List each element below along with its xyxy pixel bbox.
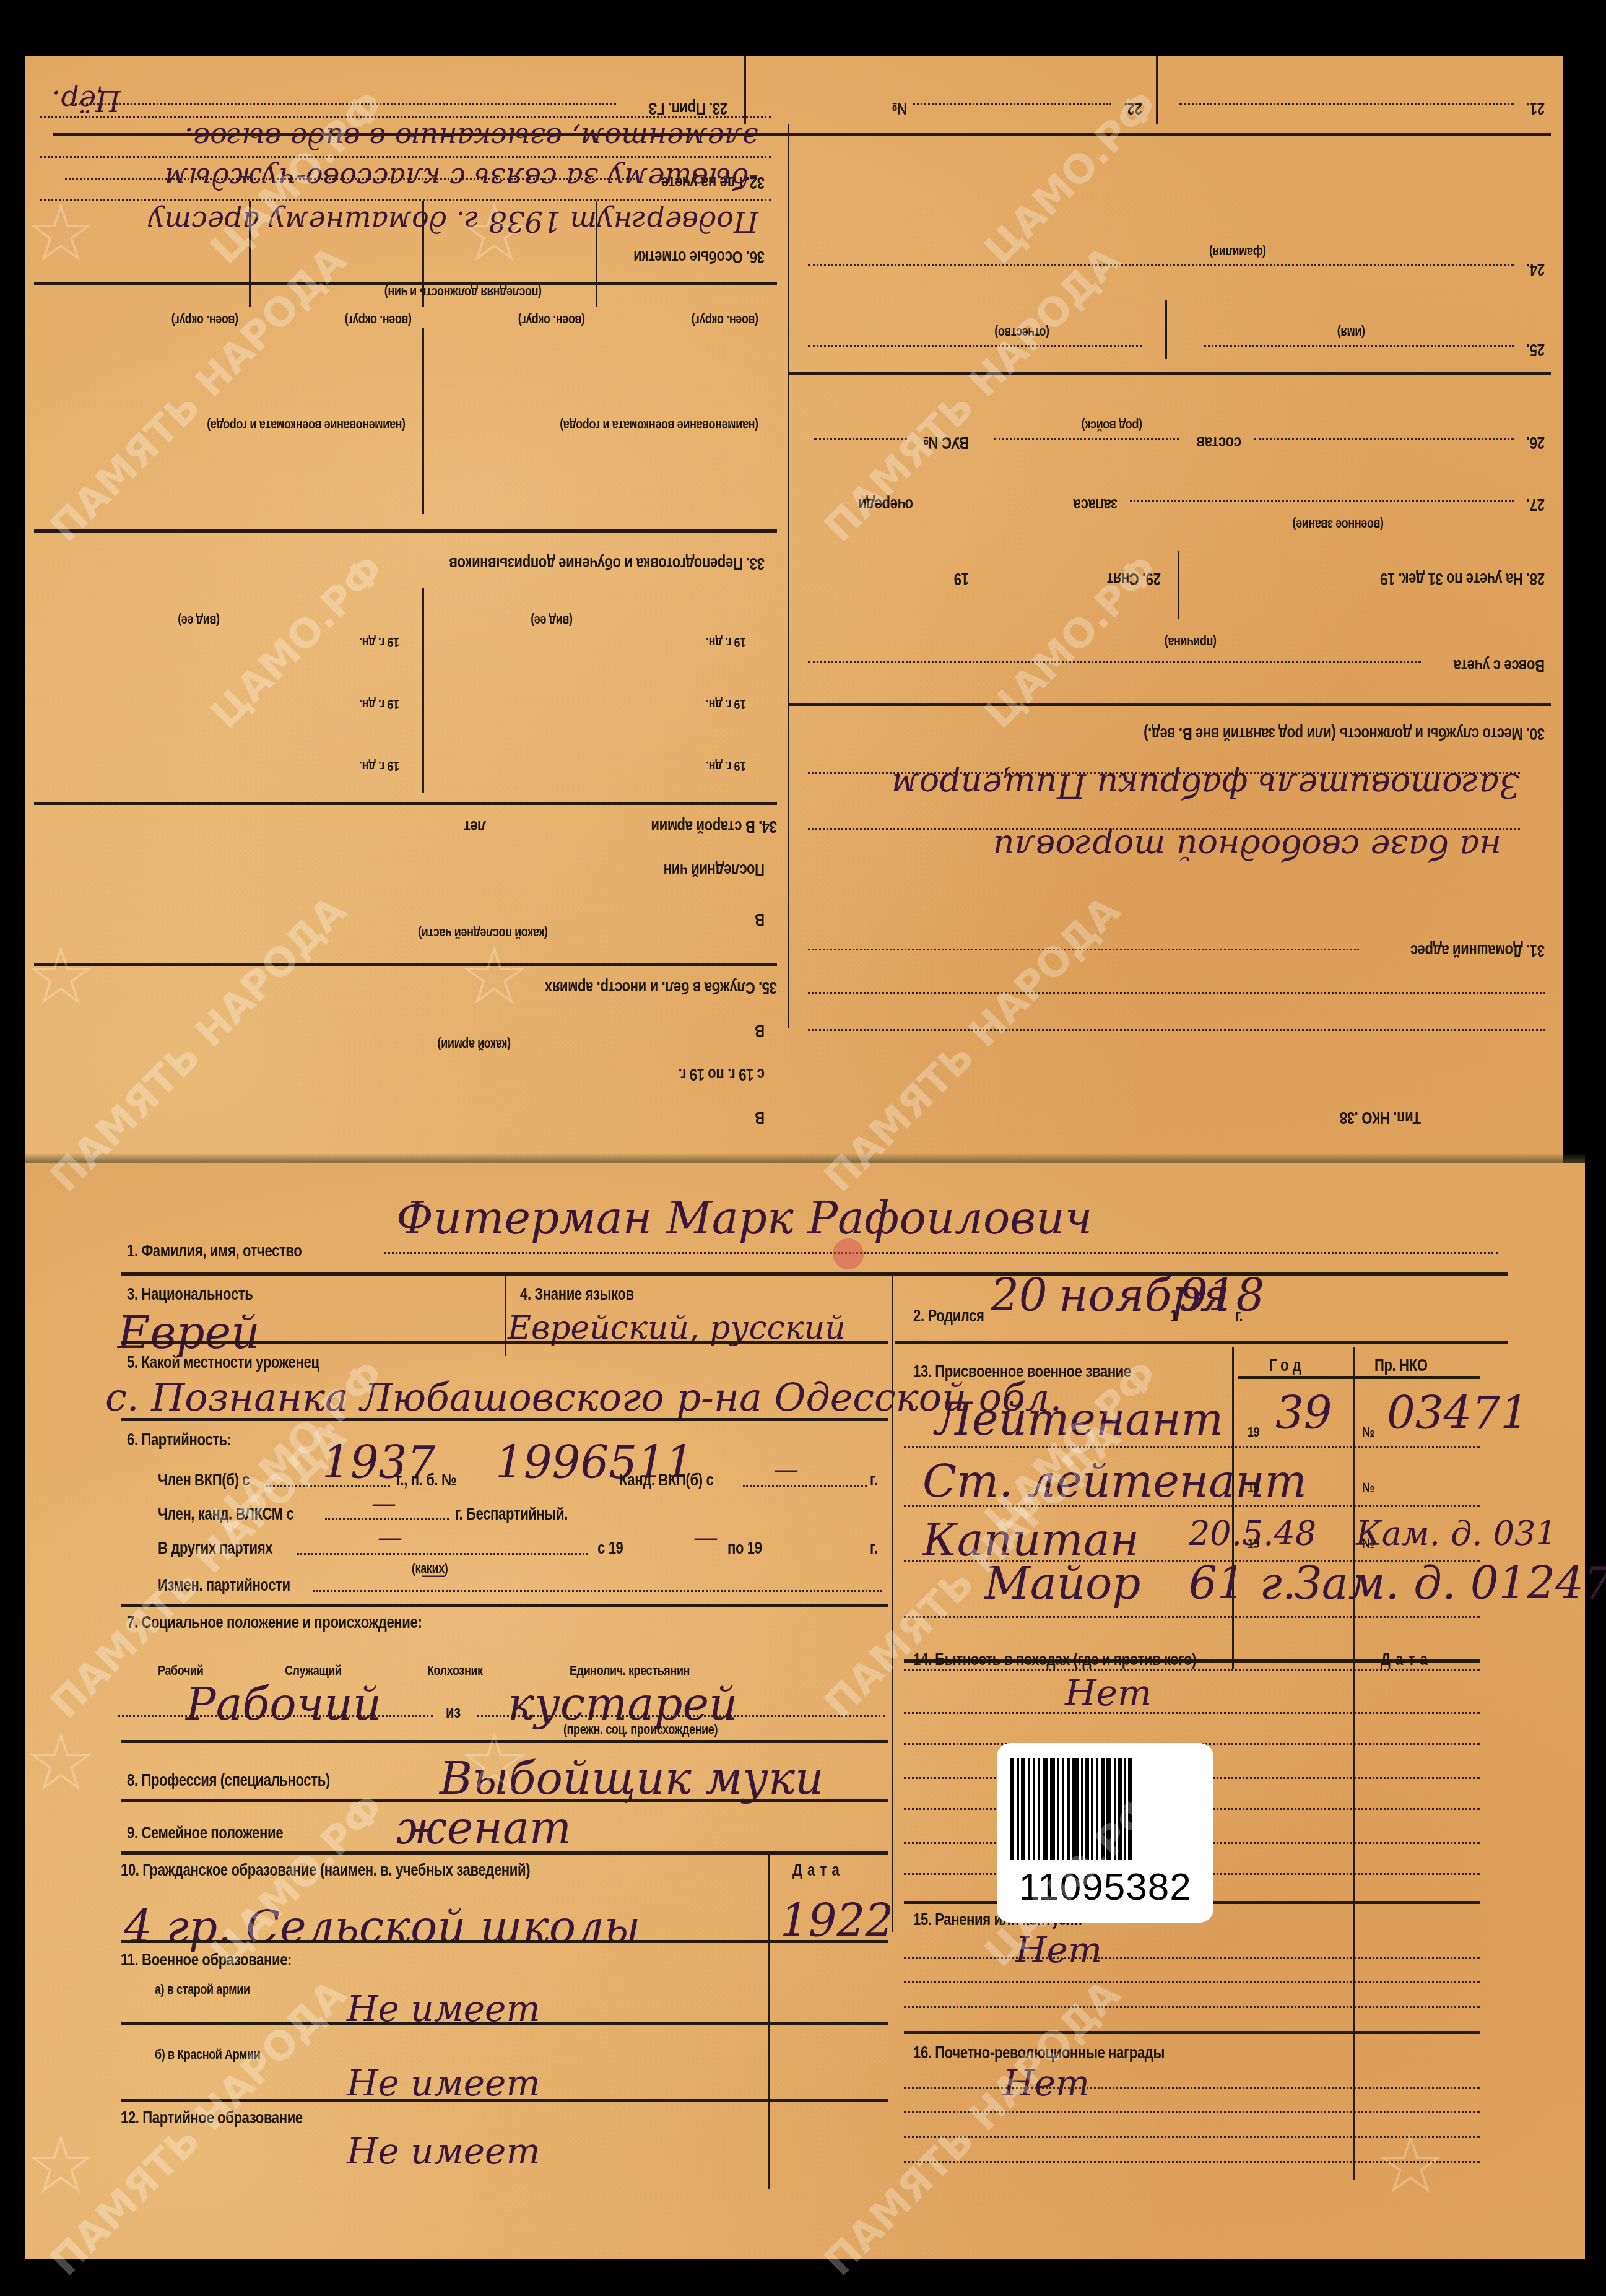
rule — [121, 1851, 888, 1855]
field-7-opt-collective: Колхозник — [427, 1663, 483, 1679]
field-6-vlksm-line — [325, 1518, 449, 1520]
field-2-day: 20 — [991, 1269, 1048, 1321]
field-6-cand-label: Канд. ВКП(б) с — [619, 1471, 713, 1490]
field-1-value: Фитерман Марк Рафоилович — [396, 1192, 1092, 1244]
line — [904, 1712, 1480, 1714]
rank-row-1-year: 39 — [1275, 1387, 1332, 1439]
field-13-label: 13. Присвоенное военное звание — [913, 1362, 1131, 1381]
field-7-value: Рабочий — [186, 1678, 381, 1730]
field-6-vlksm-suffix: г. Беспартийный. — [455, 1505, 568, 1524]
barcode-number: 11095382 — [1010, 1865, 1200, 1909]
rank-row-1-order: 03471 — [1387, 1387, 1529, 1439]
field-13-order-header: Пр. НКО — [1374, 1356, 1428, 1375]
field-6-vlksm-value: — — [371, 1489, 396, 1518]
field-2-suffix: г. — [1235, 1307, 1243, 1326]
field-4-label: 4. Знание языков — [520, 1285, 634, 1304]
field-2-year-prefix: 1 — [1170, 1307, 1178, 1326]
field-6-to-suffix: г. — [870, 1539, 877, 1558]
field-11b-label: б) в Красной Армии — [155, 2046, 260, 2063]
field-2-label: 2. Родился — [913, 1307, 984, 1326]
field-1-line — [384, 1252, 1498, 1254]
field-6-cand-line — [743, 1485, 867, 1487]
rank-row-3-year: 20.5.48 — [1189, 1514, 1316, 1553]
divider — [505, 1276, 506, 1356]
divider — [1353, 1647, 1355, 2180]
field-6-cand-value: — — [774, 1455, 799, 1484]
field-7-origin-hint: (прежн. соц. происхождение) — [563, 1721, 718, 1737]
field-11a-label: а) в старой армии — [155, 1981, 250, 1998]
field-7-iz: из — [446, 1703, 461, 1722]
rank-row-4-order: Зам. д. 01247 — [1294, 1557, 1606, 1609]
field-6-member-label: Член ВКП(б) с — [158, 1471, 250, 1490]
field-3-value: Еврей — [118, 1307, 260, 1359]
line — [904, 2161, 1480, 2163]
field-16-value: Нет — [1003, 2062, 1090, 2104]
field-8-value: Выбойщик муки — [440, 1752, 823, 1804]
line — [904, 2087, 1480, 2089]
rule — [121, 1272, 1508, 1276]
field-10-value: 4 гр. Сельской школы — [124, 1901, 641, 1953]
divider — [1353, 1347, 1355, 1669]
field-7-opt-peasant: Единолич. крестьянин — [570, 1663, 690, 1679]
field-11-label: 11. Военное образование: — [121, 1950, 292, 1970]
field-16-label: 16. Почетно-революционные награды — [913, 2043, 1165, 2063]
field-14-label: 14. Бытность в походах (где и против ког… — [913, 1650, 1196, 1669]
field-6-card-label: г., п. б. № — [396, 1471, 456, 1490]
rank-row-2-no: № — [1362, 1480, 1374, 1496]
rule — [121, 1604, 888, 1607]
field-1-label: 1. Фамилия, имя, отчество — [127, 1241, 302, 1261]
rank-row-1-prefix: 19 — [1248, 1424, 1259, 1440]
field-10-date-label: Дата — [792, 1861, 844, 1880]
field-6-other-value: — — [378, 1523, 402, 1552]
rule — [1238, 1376, 1480, 1379]
field-6-change-line — [313, 1590, 882, 1592]
barcode-sticker: 11095382 — [997, 1743, 1213, 1923]
field-6-change-label: Измен. партийности — [158, 1576, 290, 1595]
divider — [1232, 1347, 1234, 1669]
rank-row-1: Лейтенант — [935, 1393, 1223, 1445]
field-5-label: 5. Какой местности уроженец — [127, 1353, 319, 1372]
rank-row-4: Майор — [984, 1557, 1140, 1609]
field-14-value: Нет — [1065, 1672, 1152, 1714]
rule — [121, 2022, 888, 2025]
line — [904, 1981, 1480, 1983]
column-divider — [892, 1276, 893, 1932]
field-7-opt-worker: Рабочий — [158, 1663, 203, 1679]
field-6-g: г. — [870, 1471, 877, 1490]
field-10-label: 10. Гражданское образование (наимен. в. … — [121, 1861, 530, 1880]
field-15-value: Нет — [1015, 1929, 1102, 1971]
field-6-label: 6. Партийность: — [127, 1430, 232, 1450]
field-11b-value: Не имеет — [347, 2062, 540, 2104]
field-8-label: 8. Профессия (специальность) — [127, 1771, 330, 1790]
rule — [121, 1940, 888, 1943]
field-9-label: 9. Семейное положение — [127, 1824, 283, 1843]
rule — [121, 1418, 888, 1421]
field-7-origin-line — [477, 1715, 885, 1717]
line — [904, 2006, 1480, 2008]
barcode-icon — [1010, 1758, 1200, 1860]
field-9-value: женат — [396, 1802, 571, 1854]
rule — [121, 1740, 888, 1743]
field-3-label: 3. Национальность — [127, 1285, 253, 1304]
field-7-label: 7. Социальное положение и происхождение: — [127, 1613, 422, 1632]
rank-line — [904, 1616, 1480, 1618]
field-6-from-value: — — [693, 1523, 718, 1552]
field-2-year: 918 — [1179, 1269, 1264, 1321]
field-6-change-value: — — [421, 1560, 446, 1589]
field-10-date: 1922 — [780, 1895, 893, 1947]
field-14-date-label: Дата — [1381, 1650, 1433, 1669]
field-13-year-header: Год — [1269, 1356, 1305, 1375]
rank-line — [904, 1446, 1480, 1448]
rule — [121, 2099, 888, 2102]
rank-row-4-year: 61 г. — [1189, 1557, 1296, 1609]
rule — [121, 1341, 888, 1344]
field-6-other-line — [297, 1553, 588, 1555]
card-front-content: 1. Фамилия, имя, отчество Фитерман Марк … — [0, 0, 1606, 2296]
field-6-to: по 19 — [727, 1539, 762, 1558]
line — [904, 2136, 1480, 2138]
rank-row-1-no: № — [1362, 1424, 1374, 1440]
field-6-other-label: В других партиях — [158, 1539, 272, 1558]
field-12-value: Не имеет — [347, 2130, 540, 2172]
field-6-from: с 19 — [597, 1539, 623, 1558]
field-6-vlksm-label: Член, канд. ВЛКСМ с — [158, 1505, 293, 1524]
field-12-label: 12. Партийное образование — [121, 2108, 303, 2128]
rule — [895, 1341, 1508, 1344]
field-7-opt-employee: Служащий — [285, 1663, 342, 1679]
field-7-line — [118, 1715, 433, 1717]
line — [904, 1957, 1480, 1959]
rank-row-3-order: Кам. д. 031 — [1356, 1514, 1557, 1553]
red-stamp-mark — [833, 1238, 864, 1269]
rank-line — [904, 1505, 1480, 1507]
line — [904, 2111, 1480, 2113]
rank-row-2-prefix: 19 — [1248, 1480, 1259, 1496]
rule — [904, 2031, 1480, 2034]
